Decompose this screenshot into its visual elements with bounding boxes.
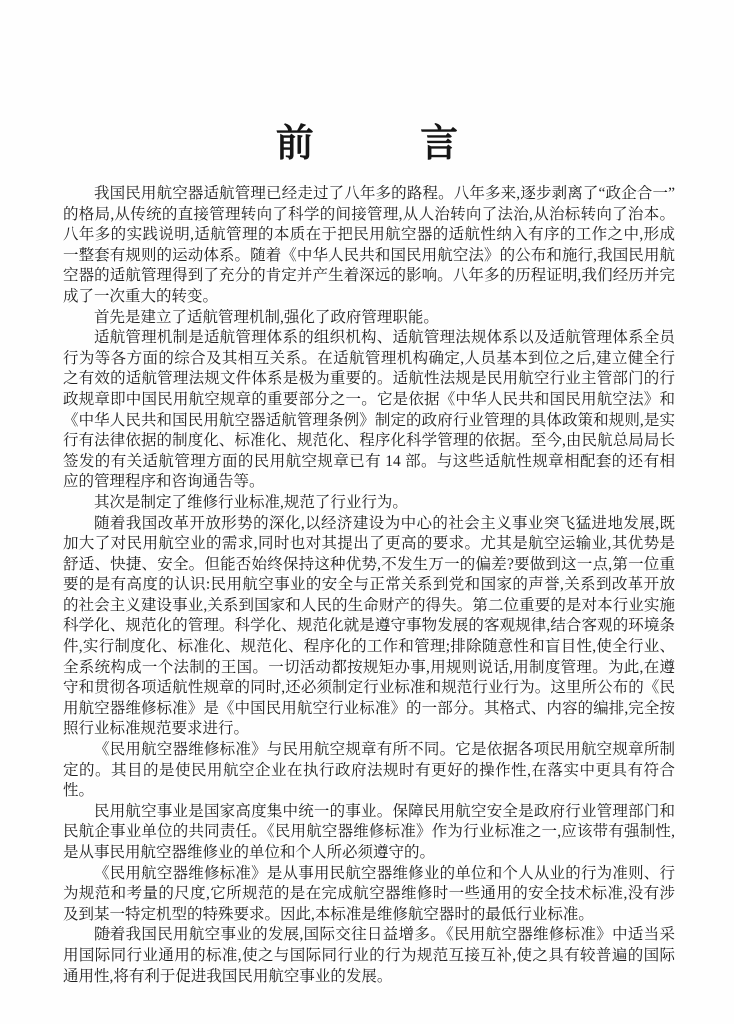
- paragraph-3: 适航管理机制是适航管理体系的组织机构、适航管理法规体系以及适航管理体系全员行为等…: [63, 328, 675, 493]
- scan-speck: [325, 954, 327, 956]
- paragraph-9: 随着我国民用航空事业的发展,国际交往日益增多。《民用航空器维修标准》中适当采用国…: [63, 925, 675, 987]
- paragraph-1: 我国民用航空器适航管理已经走过了八年多的路程。八年多来,逐步剥离了“政企合一”的…: [63, 184, 675, 308]
- paragraph-2: 首先是建立了适航管理机制,强化了政府管理职能。: [63, 308, 675, 329]
- paragraph-6: 《民用航空器维修标准》与民用航空规章有所不同。它是依据各项民用航空规章所制定的。…: [63, 740, 675, 802]
- paragraph-8: 《民用航空器维修标准》是从事用民航空器维修业的单位和个人从业的行为准则、行为规范…: [63, 864, 675, 926]
- document-body: 我国民用航空器适航管理已经走过了八年多的路程。八年多来,逐步剥离了“政企合一”的…: [63, 184, 675, 987]
- paragraph-5: 随着我国改革开放形势的深化,以经济建设为中心的社会主义事业突飞猛进地发展,既加大…: [63, 514, 675, 741]
- scanned-document-page: 前言 我国民用航空器适航管理已经走过了八年多的路程。八年多来,逐步剥离了“政企合…: [0, 0, 734, 1024]
- scan-speck: [107, 931, 110, 934]
- page-title: 前言: [0, 124, 734, 166]
- paragraph-4: 其次是制定了维修行业标准,规范了行业行为。: [63, 493, 675, 514]
- paragraph-7: 民用航空事业是国家高度集中统一的事业。保障民用航空安全是政府行业管理部门和民航企…: [63, 802, 675, 864]
